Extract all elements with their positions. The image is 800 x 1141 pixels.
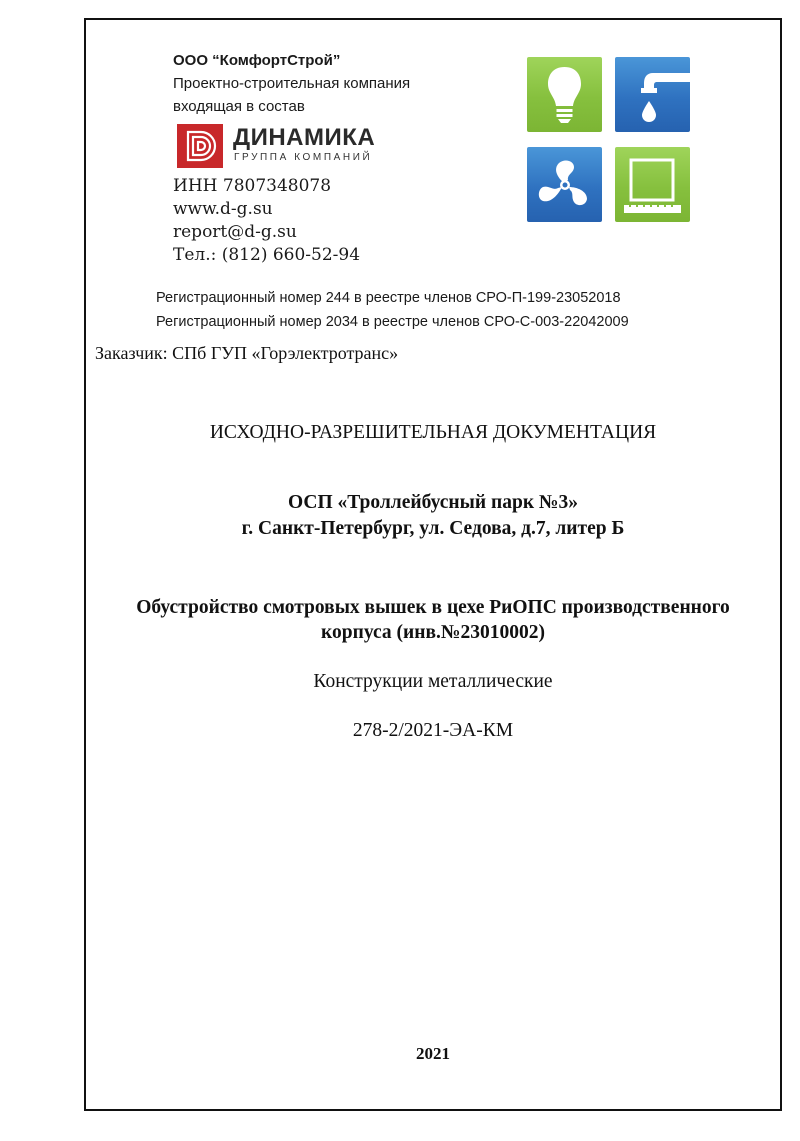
document-year: 2021 [84,1044,782,1064]
website-link[interactable]: www.d-g.su [173,199,273,219]
registration-line: Регистрационный номер 244 в реестре член… [156,290,621,306]
dinamika-d-logo-icon [177,124,223,168]
document-type: ИСХОДНО-РАЗРЕШИТЕЛЬНАЯ ДОКУМЕНТАЦИЯ [84,422,782,444]
water-tap-icon [615,57,690,132]
group-logo-subtitle: ГРУППА КОМПАНИЙ [234,152,372,163]
lightbulb-icon [527,57,602,132]
inn-text: ИНН 7807348078 [173,176,331,196]
project-title-line-2: корпуса (инв.№23010002) [84,622,782,644]
company-description: Проектно-строительная компания [173,75,410,92]
project-title: Обустройство смотровых вышек в цехе РиОП… [84,597,782,619]
section-name: Конструкции металлические [84,671,782,693]
group-logo-title: ДИНАМИКА [233,124,375,152]
phone-text: Тел.: (812) 660-52-94 [173,245,360,265]
registration-line: Регистрационный номер 2034 в реестре чле… [156,314,629,330]
fan-icon [527,147,602,222]
document-code: 278-2/2021-ЭА-КМ [84,720,782,742]
monitor-icon [615,147,690,222]
company-description-2: входящая в состав [173,98,305,115]
customer-line: Заказчик: СПб ГУП «Горэлектротранс» [95,343,398,364]
company-name: ООО “КомфортСтрой” [173,52,340,69]
email-link[interactable]: report@d-g.su [173,222,297,242]
object-address: г. Санкт-Петербург, ул. Седова, д.7, лит… [84,518,782,540]
object-name: ОСП «Троллейбусный парк №3» [84,492,782,514]
